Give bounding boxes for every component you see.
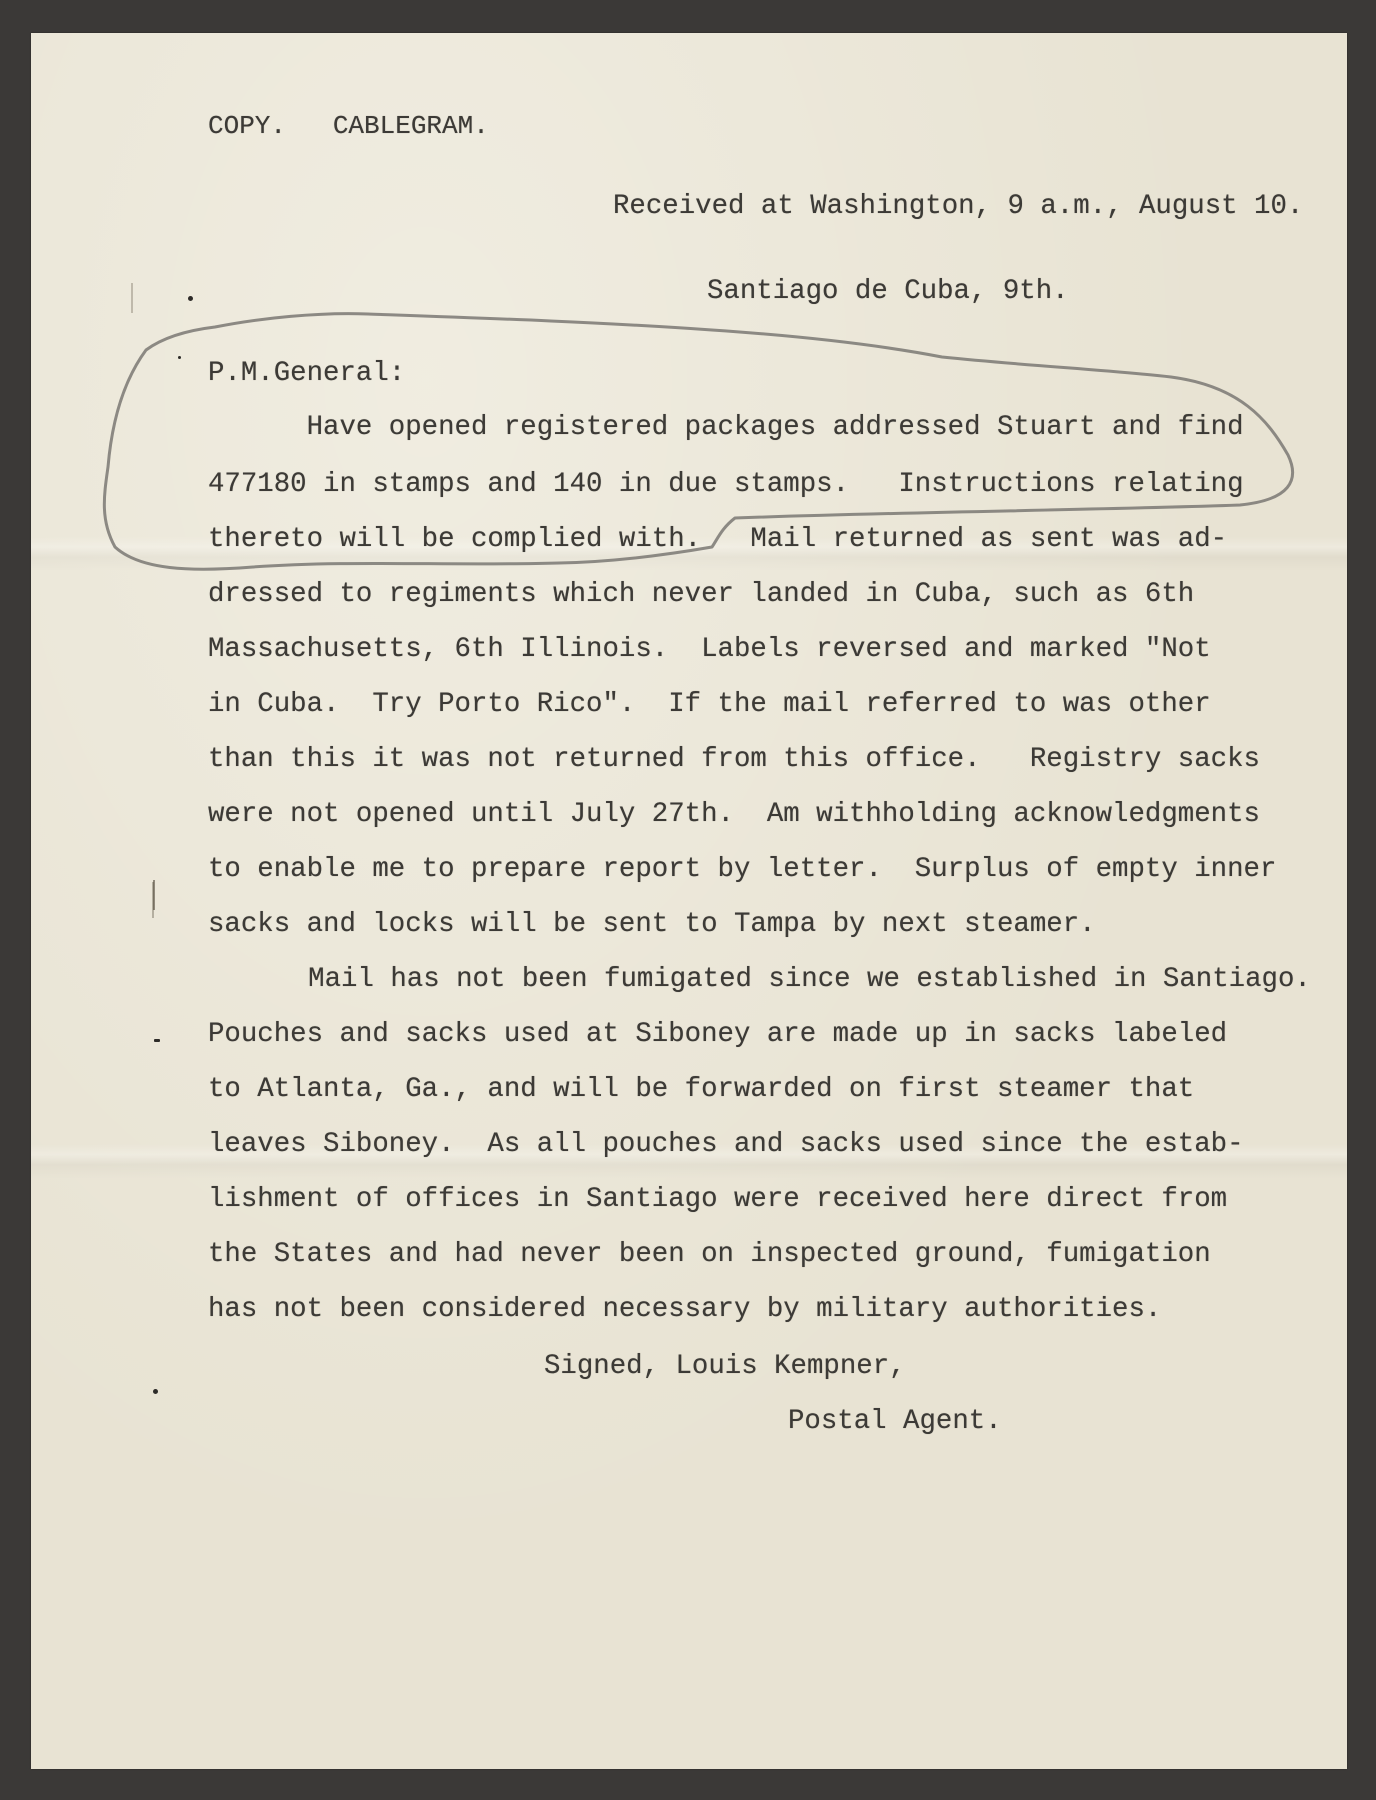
body-line: 477180 in stamps and 140 in due stamps. … <box>208 471 1244 498</box>
body-line: to enable me to prepare report by letter… <box>208 856 1276 883</box>
signature-line: Signed, Louis Kempner, <box>544 1353 906 1380</box>
body-line: to Atlanta, Ga., and will be forwarded o… <box>208 1076 1194 1103</box>
received-line: Received at Washington, 9 a.m., August 1… <box>613 193 1303 220</box>
body-line: sacks and locks will be sent to Tampa by… <box>208 911 1096 938</box>
origin-line: Santiago de Cuba, 9th. <box>707 278 1069 305</box>
salutation: P.M.General: <box>208 360 405 387</box>
margin-dot-mark <box>188 296 193 301</box>
body-line: were not opened until July 27th. Am with… <box>208 801 1260 828</box>
body-line: Mail has not been fumigated since we est… <box>226 966 1311 993</box>
margin-dot-mark <box>178 356 181 359</box>
body-line: thereto will be complied with. Mail retu… <box>208 526 1227 553</box>
document-heading: COPY. CABLEGRAM. <box>208 113 489 139</box>
signatory-title: Postal Agent. <box>788 1408 1002 1435</box>
margin-pencil-tick <box>152 882 154 918</box>
margin-dash-mark <box>154 1039 160 1042</box>
margin-pencil-tick <box>131 283 133 313</box>
body-line: lishment of offices in Santiago were rec… <box>208 1186 1227 1213</box>
body-line: than this it was not returned from this … <box>208 746 1260 773</box>
body-line: leaves Siboney. As all pouches and sacks… <box>208 1131 1244 1158</box>
body-line: Pouches and sacks used at Siboney are ma… <box>208 1021 1227 1048</box>
body-line: has not been considered necessary by mil… <box>208 1296 1161 1323</box>
paper-sheet <box>31 33 1347 1769</box>
body-line: Have opened registered packages addresse… <box>208 414 1244 441</box>
body-line: the States and had never been on inspect… <box>208 1241 1211 1268</box>
body-line: Massachusetts, 6th Illinois. Labels reve… <box>208 636 1211 663</box>
margin-dot-mark <box>153 1389 158 1394</box>
body-line: dressed to regiments which never landed … <box>208 581 1194 608</box>
body-line: in Cuba. Try Porto Rico". If the mail re… <box>208 691 1211 718</box>
